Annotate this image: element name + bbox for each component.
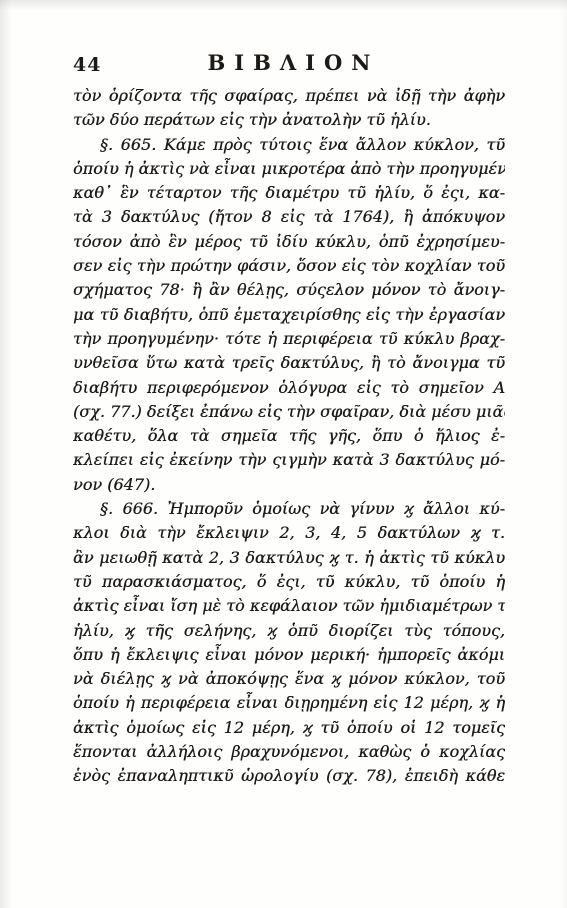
book-title: ΒΙΒΛΙΟΝ [73, 50, 505, 75]
text-line: διαβήτυ περιφερόμενον ὁλόγυρα εἰς τὸ σημ… [73, 376, 505, 400]
text-line: νὰ διέλῃς ϗ νὰ ἀποκόψῃς ἕνα ϗ μόνον κύκλ… [73, 667, 505, 691]
text-line: ὁποίυ ἡ περιφέρεια εἶναι διῃρημένη εἰς 1… [73, 691, 505, 715]
text-line: τὴν προηγυμένην· τότε ἡ περιφέρεια τῦ κύ… [73, 327, 505, 351]
text-line section-start: §. 666. Ἠμπορῦν ὁμοίως νὰ γίνυν ϗ ἄλλοι … [73, 497, 505, 521]
page-header-row: 44 ΒΙΒΛΙΟΝ [73, 50, 505, 80]
text-line: τὸν ὁρίζοντα τῆς σφαίρας, πρέπει νὰ ἰδῇ … [73, 84, 505, 108]
text-line: καθ᾽ ἓν τέταρτον τῆς διαμέτρυ τῦ ἡλίυ, ὅ… [73, 181, 505, 205]
text-line section-start: §. 665. Κάμε πρὸς τύτοις ἕνα ἄλλον κύκλο… [73, 133, 505, 157]
text-line: (σχ. 77.) δείξει ἐπάνω εἰς τὴν σφαῖραν, … [73, 400, 505, 424]
text-line: ὁποίυ ἡ ἀκτὶς νὰ εἶναι μικροτέρα ἀπὸ τὴν… [73, 157, 505, 181]
text-line: τόσον ἀπὸ ἓν μέρος τῦ ἰδίυ κύκλυ, ὁπῦ ἐχ… [73, 230, 505, 254]
page-body: τὸν ὁρίζοντα τῆς σφαίρας, πρέπει νὰ ἰδῇ … [73, 84, 505, 789]
text-line: ἡλίυ, ϗ τῆς σελήνης, ϗ ὁπῦ διορίζει τὺς … [73, 619, 505, 643]
text-line: ἑνὸς ἐπαναληπτικῦ ὡρολογίυ (σχ. 78), ἐπε… [73, 764, 505, 788]
text-line: ἕπονται ἀλλήλοις βραχυνόμενοι, καθὼς ὁ κ… [73, 740, 505, 764]
scanned-book-page: 44 ΒΙΒΛΙΟΝ τὸν ὁρίζοντα τῆς σφαίρας, πρέ… [0, 0, 567, 908]
text-line: νον (647). [73, 473, 505, 497]
text-line: τὰ 3 δακτύλυς (ἤτον 8 εἰς τὰ 1764), ἢ ἀπ… [73, 205, 505, 229]
text-line: τῶν δύο περάτων εἰς τὴν ἀνατολὴν τῦ ἡλίυ… [73, 108, 505, 132]
text-line: κλοι διὰ τὴν ἔκλειψιν 2, 3, 4, 5 δακτύλω… [73, 521, 505, 545]
text-line: τῦ παρασκιάσματος, ὅ ἐςι, τῦ κύκλυ, τῦ ὁ… [73, 570, 505, 594]
text-line: ἂν μειωθῇ κατὰ 2, 3 δακτύλυς ϗ τ. ἡ ἀκτὶ… [73, 546, 505, 570]
text-line: σεν εἰς τὴν πρώτην φάσιν, ὅσον εἰς τὸν κ… [73, 254, 505, 278]
text-line: ὅπυ ἡ ἔκλειψις εἶναι μόνον μερική· ἡμπορ… [73, 643, 505, 667]
text-line: ἀκτὶς εἶναι ἴση μὲ τὸ κεφάλαιον τῶν ἡμιδ… [73, 594, 505, 618]
text-line: σχήματος 78· ἢ ἂν θέλῃς, σύςελον μόνον τ… [73, 278, 505, 302]
text-line: κλείπει εἰς ἐκείνην τὴν ςιγμὴν κατὰ 3 δα… [73, 448, 505, 472]
text-line: μα τῦ διαβήτυ, ὁπῦ ἐμεταχειρίσθης εἰς τὴ… [73, 303, 505, 327]
text-line: καθέτυ, ὅλα τὰ σημεῖα τῆς γῆς, ὅπυ ὁ ἥλι… [73, 424, 505, 448]
text-line: ἀκτὶς ὁμοίως εἰς 12 μέρη, ϗ τῦ ὁποίυ οἱ … [73, 716, 505, 740]
text-line: υνθεῖσα ὕτω κατὰ τρεῖς δακτύλυς, ἢ τὸ ἄν… [73, 351, 505, 375]
